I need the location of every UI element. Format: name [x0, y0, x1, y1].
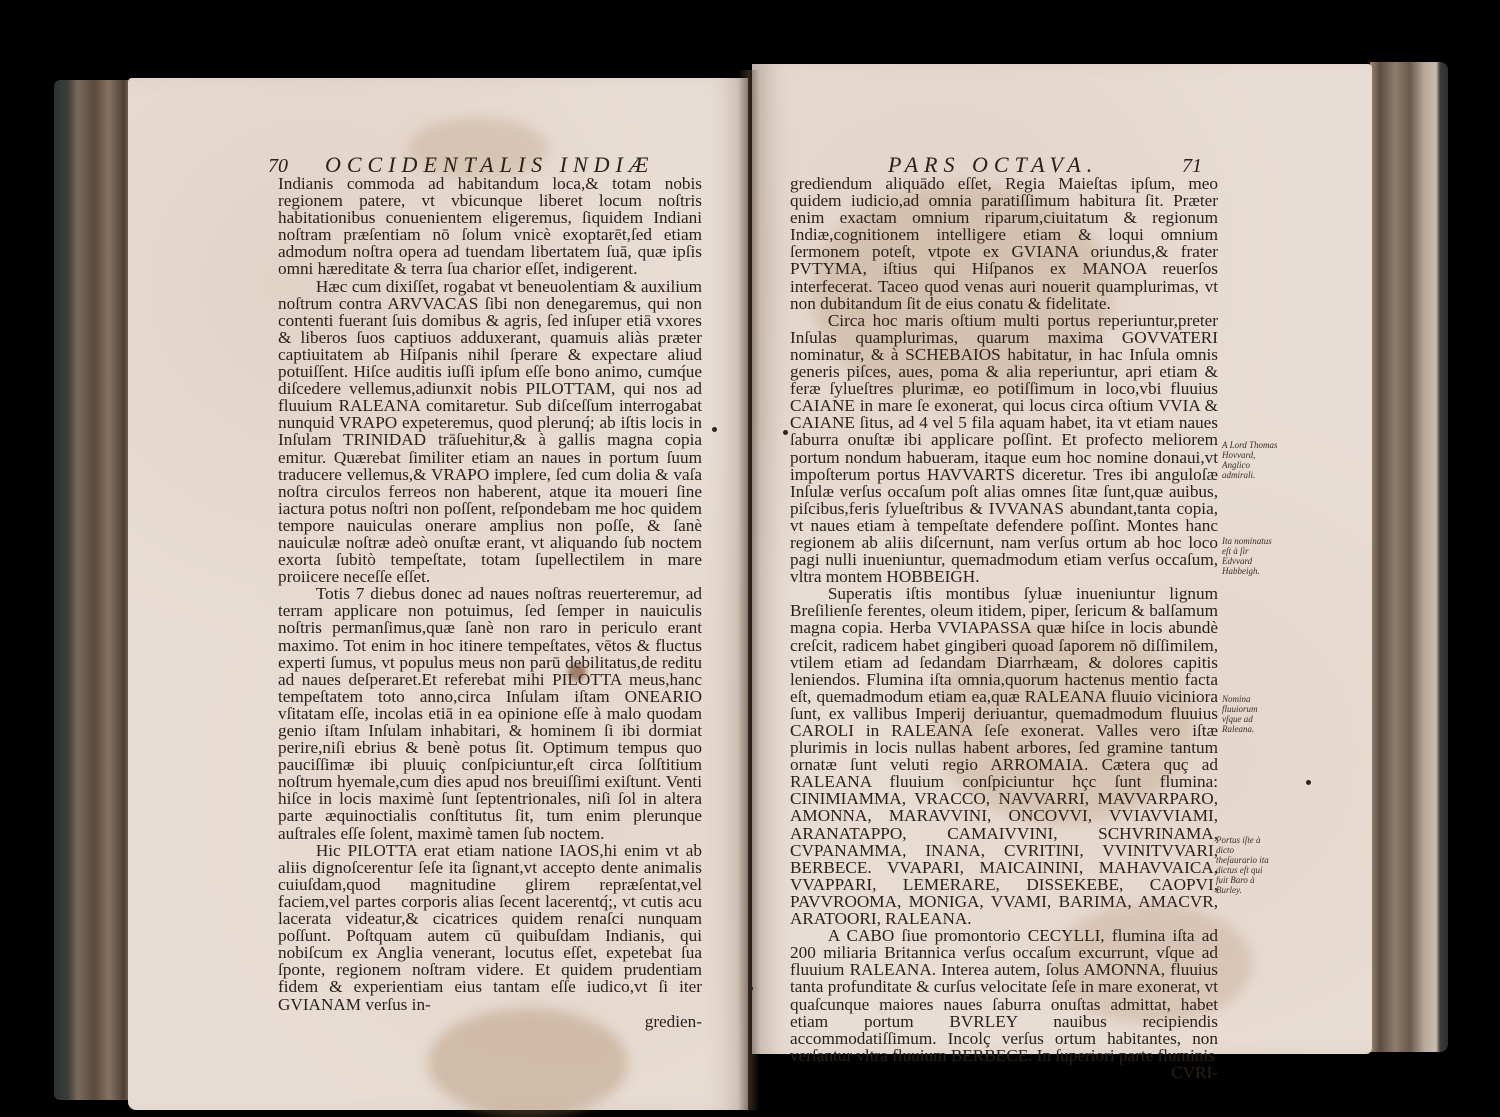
- pin-hole: [748, 986, 753, 991]
- paragraph: Hæc cum dixiſſet, rogabat vt beneuolenti…: [278, 278, 702, 586]
- margin-note: Nomina fluuiorum vſque ad Raleana.: [1222, 694, 1278, 734]
- margin-note: Portus iſte à dicto theſaurario ita dict…: [1216, 835, 1272, 895]
- catchword: CVRI-: [790, 1064, 1218, 1081]
- margin-note: Ita nominatus eſt à ſir Edvvard Habbeigh…: [1222, 536, 1278, 576]
- paragraph: Totis 7 diebus donec ad naues noſtras re…: [278, 585, 702, 841]
- catchword: gredien-: [278, 1013, 702, 1030]
- paragraph: Hic PILOTTA erat etiam natione IAOS,hi e…: [278, 842, 702, 1013]
- left-page-text: Indianis commoda ad habitandum loca,& to…: [278, 175, 702, 1030]
- paragraph: Indianis commoda ad habitandum loca,& to…: [278, 175, 702, 278]
- pin-hole: [1306, 780, 1311, 785]
- right-fore-edge: [1370, 62, 1448, 1052]
- left-fore-edge: [54, 80, 132, 1100]
- book-gutter: [738, 70, 760, 1110]
- pin-hole: [712, 427, 717, 432]
- paragraph: grediendum aliquādo eſſet, Regia Maieſta…: [790, 175, 1218, 312]
- margin-note: A Lord Thomas Hovvard, Anglico admirali.: [1222, 440, 1278, 480]
- paragraph: Circa hoc maris oſtium multi portus repe…: [790, 312, 1218, 586]
- right-page-text: grediendum aliquādo eſſet, Regia Maieſta…: [790, 175, 1218, 1081]
- pin-hole: [783, 430, 788, 435]
- paragraph: A CABO ſiue promontorio CECYLLI, flumina…: [790, 927, 1218, 1064]
- open-book: 70 OCCIDENTALIS INDIÆ Indianis commoda a…: [0, 0, 1500, 1117]
- paragraph: Superatis iſtis montibus ſyluæ inueniunt…: [790, 585, 1218, 927]
